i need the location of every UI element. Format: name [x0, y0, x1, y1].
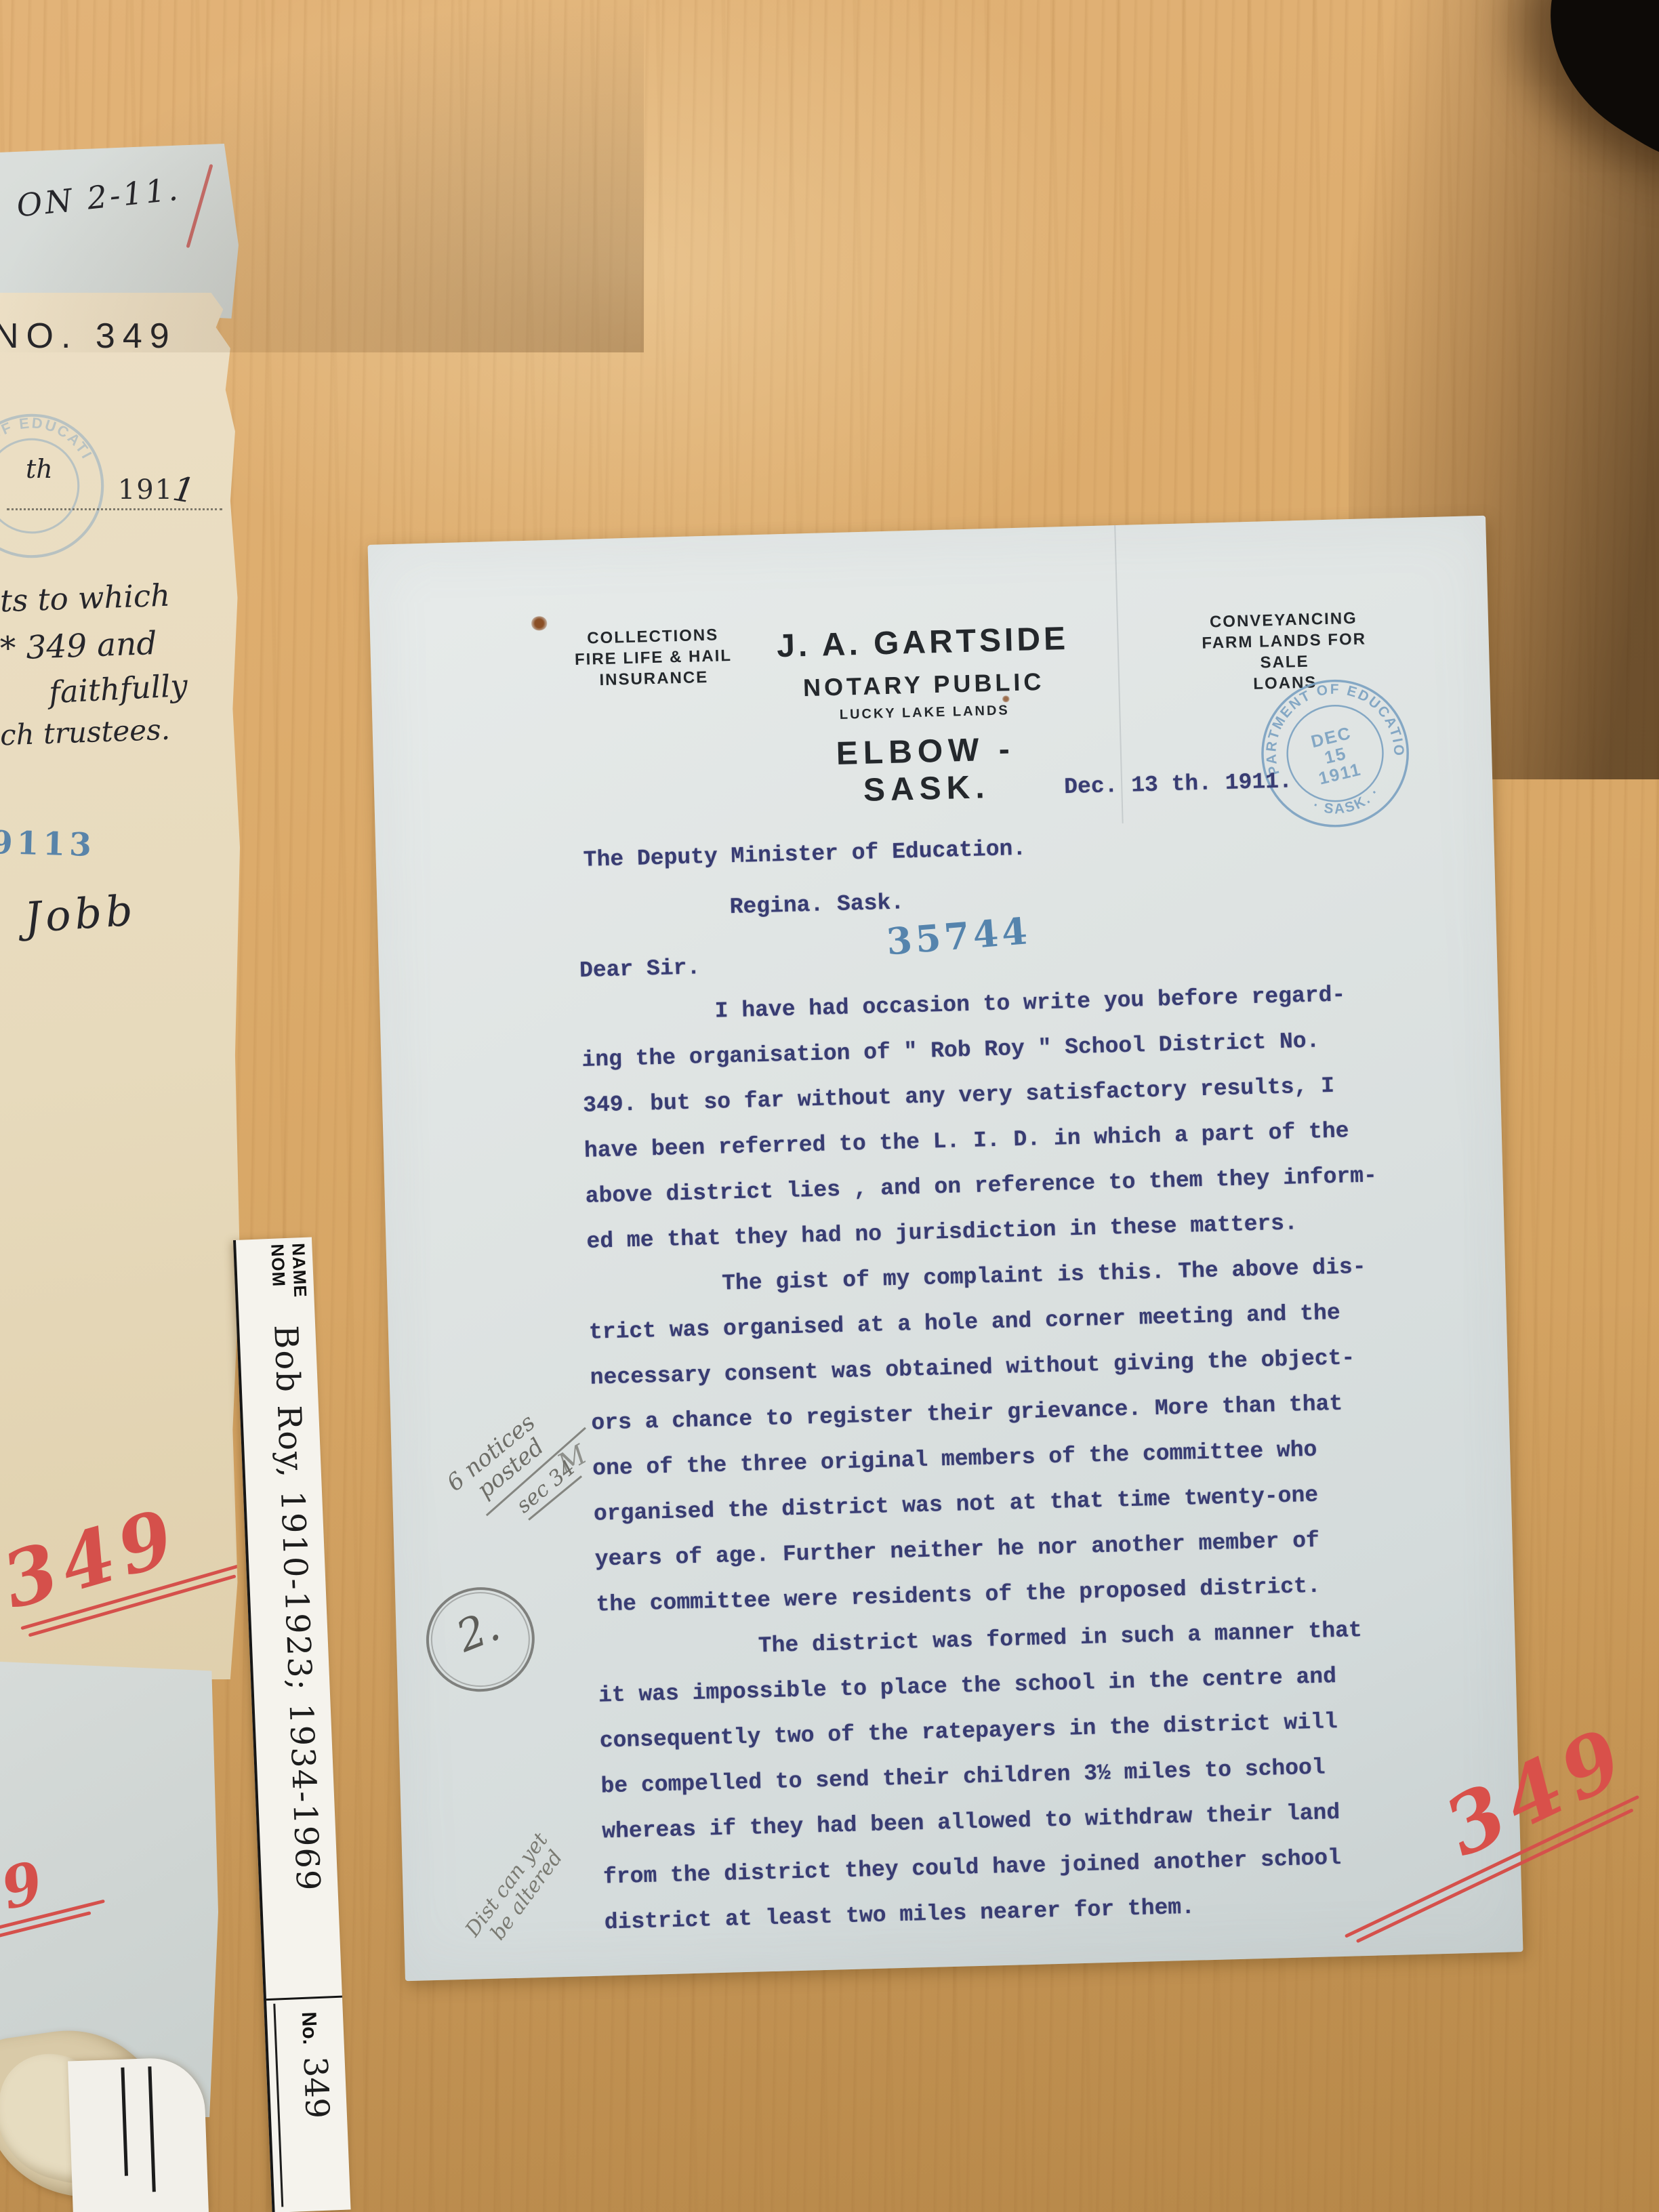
cursive-fragment: * 349 and [0, 625, 157, 668]
document-number-heading: NO. 349 [0, 316, 177, 356]
tab-name-printed-label: NAME NOM [266, 1243, 311, 1299]
pencil-note-alteration: Dist can yet be altered [461, 1828, 571, 1954]
typed-date: Dec. 13 th. 1911. [1064, 769, 1293, 800]
red-number-fragment: 9 [0, 1835, 107, 1934]
tab-number-field: No. 349 [294, 2011, 336, 2119]
paper-stain [531, 616, 548, 631]
tab-no-label: No. [297, 2011, 321, 2045]
letterhead-subtitle: LUCKY LAKE LANDS [769, 701, 1080, 725]
folder-tab: NAME NOM Bob Roy, 1910-1923; 1934-1969 N… [236, 1237, 351, 2212]
svg-text:1911: 1911 [1317, 760, 1364, 788]
top-note-paper: ON 2-11. [0, 144, 239, 319]
label-rule [121, 2068, 128, 2176]
signature: Jobb [23, 885, 138, 942]
cursive-fragment: ch trustees. [0, 713, 171, 752]
year-line: 1911 [7, 468, 222, 510]
year-handwritten: 1 [170, 469, 197, 511]
handwritten-date-note: ON 2-11. [15, 170, 182, 224]
archive-photo: { "colors": { "wood": "#d8a765", "typed_… [0, 0, 1659, 2212]
red-number-text: 349 [0, 1477, 239, 1626]
pencil-circled-number: 2. [420, 1580, 541, 1698]
letterhead-left: COLLECTIONS FIRE LIFE & HAIL INSURANCE [568, 624, 739, 692]
file-number-stamp: 35744 [885, 909, 1032, 964]
tab-divider [266, 1996, 342, 2001]
year-printed: 191 [118, 474, 173, 506]
tab-rule [273, 2004, 283, 2207]
letter-page: COLLECTIONS FIRE LIFE & HAIL INSURANCE J… [368, 516, 1523, 1981]
salutation: Dear Sir. [579, 955, 701, 983]
svg-text:· SASK. ·: · SASK. · [1308, 782, 1386, 824]
cream-document: NO. 349 DEPARTMENT OF EDUCATION th 1911 … [0, 293, 240, 1679]
tab-no-value: 349 [295, 2056, 336, 2120]
letterhead-name: J. A. GARTSIDE [766, 620, 1079, 665]
folder-label-patch [68, 2057, 209, 2212]
recipient-line: The Deputy Minister of Education. [583, 836, 1026, 873]
letter-body: I have had occasion to write you before … [580, 971, 1397, 1945]
folder-tab-label: NAME NOM Bob Roy, 1910-1923; 1934-1969 N… [233, 1237, 351, 2212]
letterhead-place: ELBOW - SASK. [769, 729, 1083, 812]
cursive-fragment: ts to which [0, 577, 171, 619]
letterhead-center: J. A. GARTSIDE NOTARY PUBLIC LUCKY LAKE … [766, 620, 1083, 812]
red-file-number: 349 [0, 1477, 243, 1639]
cursive-fragment: faithfully [48, 668, 188, 711]
red-pencil-stroke [186, 164, 213, 248]
blue-number-stamp: 9113 [0, 824, 96, 864]
recipient-city-line: Regina. Sask. [729, 890, 904, 920]
letterhead-title: NOTARY PUBLIC [768, 667, 1080, 703]
label-rule [148, 2066, 155, 2192]
tab-name-value: Bob Roy, 1910-1923; 1934-1969 [266, 1325, 327, 1892]
